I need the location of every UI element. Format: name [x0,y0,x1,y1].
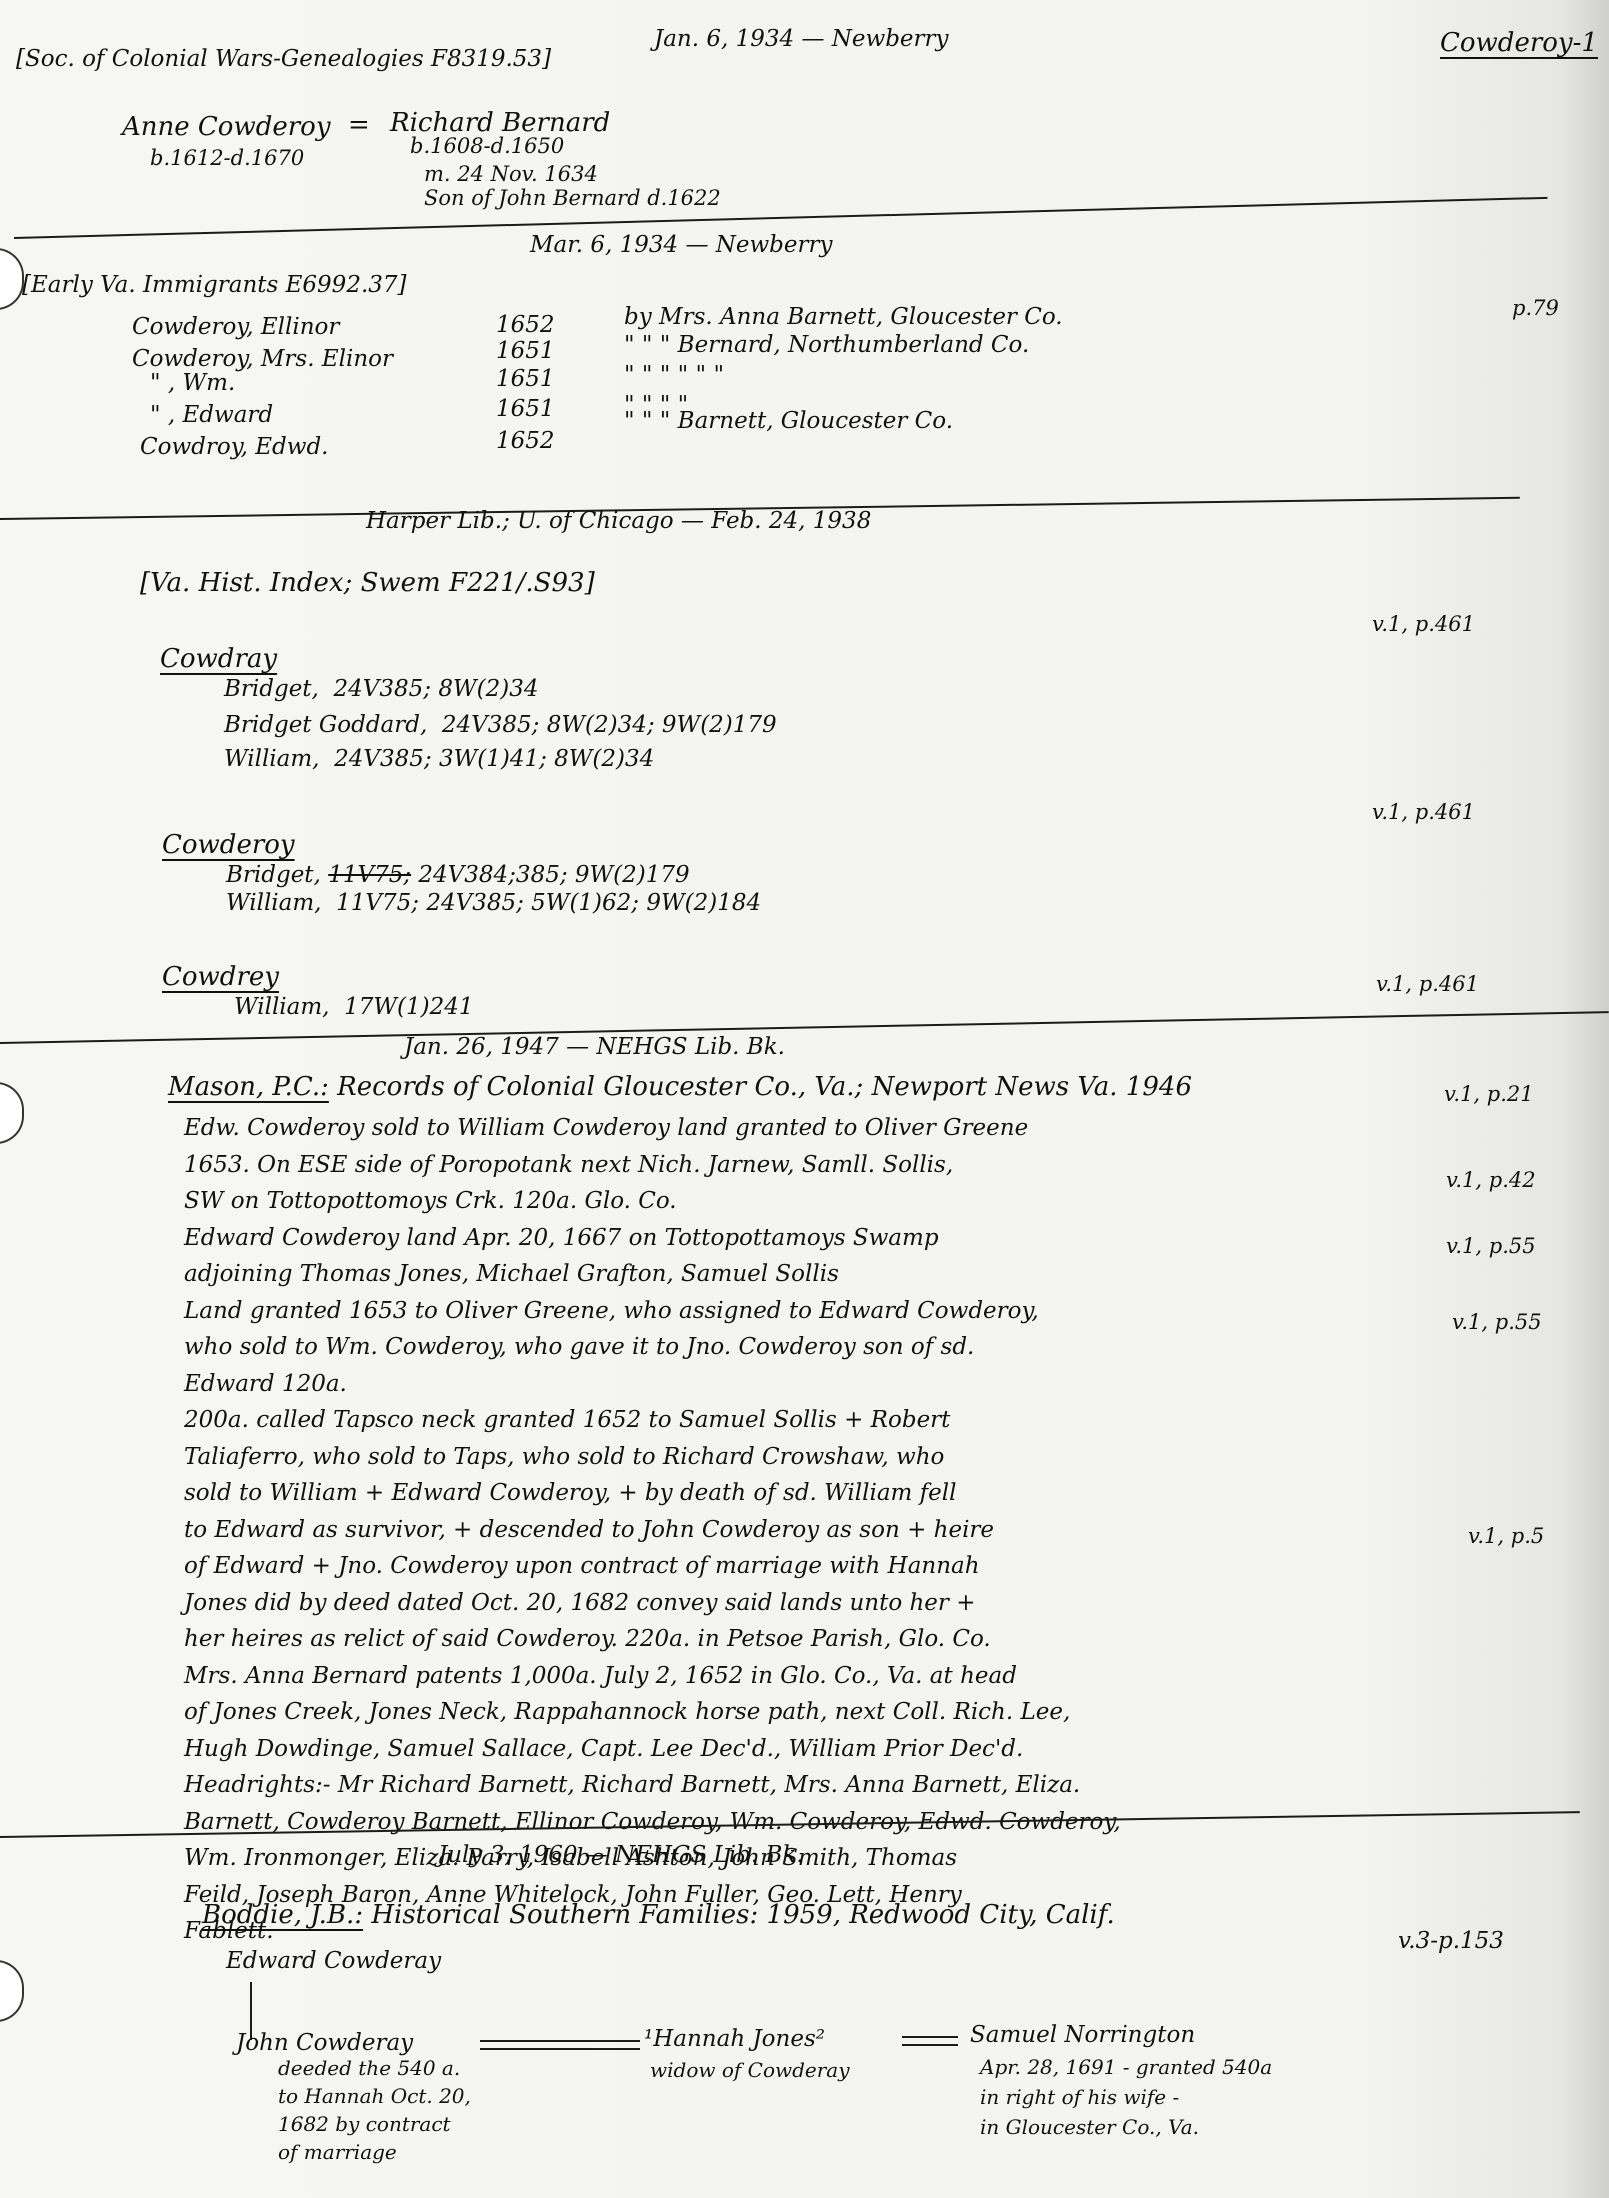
son-name: John Cowderay [236,2030,413,2056]
immigrant-row: Cowdroy, Edwd. [140,434,329,460]
paragraph-line: Edward Cowderoy land Apr. 20, 1667 on To… [184,1220,1121,1257]
section4-author: Mason, P.C.: [168,1072,329,1102]
paragraph-line: Hugh Dowdinge, Samuel Sallace, Capt. Lee… [184,1731,1121,1768]
side-ref: v.1, p.21 [1444,1082,1534,1106]
paragraph-line: Jones did by deed dated Oct. 20, 1682 co… [184,1585,1121,1622]
marriage-double-line [480,2040,640,2050]
richard-bernard-line: Son of John Bernard d.1622 [424,186,721,210]
index-entry: Bridget, 11V75; 24V384;385; 9W(2)179 [226,862,690,888]
immigrant-year: 1652 [496,312,555,338]
section5-ref: v.3-p.153 [1398,1928,1504,1954]
note-line: of marriage [278,2138,471,2166]
immigrant-year: 1651 [496,366,555,392]
paragraph-line: sold to William + Edward Cowderoy, + by … [184,1475,1121,1512]
paragraph-line: SW on Tottopottomoys Crk. 120a. Glo. Co. [184,1183,1121,1220]
immigrant-name: Cowderoy, Mrs. Elinor [132,346,393,372]
paragraph-line: Edw. Cowderoy sold to William Cowderoy l… [184,1110,1121,1147]
son-notes: deeded the 540 a.to Hannah Oct. 20,1682 … [278,2054,471,2166]
section3-visit: Harper Lib.; U. of Chicago — Feb. 24, 19… [366,508,871,534]
immigrant-year: 1651 [496,338,555,364]
group-ref: v.1, p.461 [1372,612,1475,636]
land-records-paragraph: Edw. Cowderoy sold to William Cowderoy l… [184,1110,1121,1950]
immigrant-row: Cowderoy, Mrs. Elinor [132,346,393,372]
punch-hole [0,248,24,310]
immigrant-name: " , Edward [150,402,273,428]
paragraph-line: of Edward + Jno. Cowderoy upon contract … [184,1548,1121,1585]
paragraph-line: adjoining Thomas Jones, Michael Grafton,… [184,1256,1121,1293]
punch-hole [0,1960,24,2022]
immigrant-row: " , Wm. [150,370,235,396]
note-line: widow of Cowderay [650,2056,850,2084]
note-line: in Gloucester Co., Va. [980,2112,1272,2142]
note-line: 1682 by contract [278,2110,471,2138]
index-entry: William, 17W(1)241 [234,994,474,1020]
note-line: in right of his wife - [980,2082,1272,2112]
side-ref: v.1, p.42 [1446,1168,1536,1192]
punch-hole [0,1082,24,1144]
section3-source: [Va. Hist. Index; Swem F221/.S93] [140,568,595,598]
immigrant-by: " " " Bernard, Northumberland Co. [624,332,1029,358]
group-ref: v.1, p.461 [1376,972,1479,996]
group-ref: v.1, p.461 [1372,800,1475,824]
second-husband-name: Samuel Norrington [970,2022,1195,2048]
immigrant-row: " , Edward [150,402,273,428]
immigrant-by: by Mrs. Anna Barnett, Gloucester Co. [624,304,1063,330]
group-surname: Cowderoy [162,830,295,860]
section2-page-ref: p.79 [1512,296,1559,320]
index-entry: William, 11V75; 24V385; 5W(1)62; 9W(2)18… [226,890,761,916]
immigrant-name: " , Wm. [150,370,235,396]
side-ref: v.1, p.55 [1452,1310,1542,1334]
paragraph-line: Headrights:- Mr Richard Barnett, Richard… [184,1767,1121,1804]
paragraph-line: to Edward as survivor, + descended to Jo… [184,1512,1121,1549]
index-entry: William, 24V385; 3W(1)41; 8W(2)34 [224,746,654,772]
immigrant-year: 1652 [496,428,555,454]
immigrant-row: Cowderoy, Ellinor [132,314,339,340]
note-line: deeded the 540 a. [278,2054,471,2082]
paragraph-line: Land granted 1653 to Oliver Greene, who … [184,1293,1121,1330]
group-surname: Cowdray [160,644,277,674]
ancestor-name: Edward Cowderay [226,1948,441,1974]
section2-source: [Early Va. Immigrants E6992.37] [22,272,407,298]
page-label: Cowderoy-1 [1440,28,1598,58]
section1-visit: Jan. 6, 1934 — Newberry [654,26,949,52]
paragraph-line: 200a. called Tapsco neck granted 1652 to… [184,1402,1121,1439]
index-entry: Bridget, 24V385; 8W(2)34 [224,676,538,702]
struck-ref: 11V75; [328,862,411,888]
marriage-equals: = [348,110,370,140]
richard-bernard-line: m. 24 Nov. 1634 [424,162,598,186]
marriage-double-line [902,2036,958,2046]
side-ref: v.1, p.5 [1468,1524,1544,1548]
section5-citation: Boddie, J.B.: Historical Southern Famili… [202,1900,1115,1930]
paragraph-line: Mrs. Anna Bernard patents 1,000a. July 2… [184,1658,1121,1695]
second-husband-notes: Apr. 28, 1691 - granted 540ain right of … [980,2052,1272,2142]
anne-cowderoy-name: Anne Cowderoy [122,112,331,142]
section4-title: Records of Colonial Gloucester Co., Va.;… [337,1072,1192,1102]
wife-name: ¹Hannah Jones² [644,2026,825,2052]
section5-title: Historical Southern Families: 1959, Redw… [371,1900,1114,1930]
section2-visit: Mar. 6, 1934 — Newberry [530,232,833,258]
section5-visit: July 3, 1960 — NEHGS Lib. Bk. [438,1842,804,1868]
paragraph-line: who sold to Wm. Cowderoy, who gave it to… [184,1329,1121,1366]
immigrant-by: " " " " " " [624,362,724,388]
paragraph-line: 1653. On ESE side of Poropotank next Nic… [184,1147,1121,1184]
section4-citation: Mason, P.C.: Records of Colonial Glouces… [168,1072,1192,1102]
group-surname: Cowdrey [162,962,279,992]
index-entry: Bridget Goddard, 24V385; 8W(2)34; 9W(2)1… [224,712,777,738]
anne-cowderoy-dates: b.1612-d.1670 [150,146,304,170]
paragraph-line: of Jones Creek, Jones Neck, Rappahannock… [184,1694,1121,1731]
document-page: Cowderoy-1 Jan. 6, 1934 — Newberry [Soc.… [0,0,1609,2198]
side-ref: v.1, p.55 [1446,1234,1536,1258]
immigrant-by: " " " Barnett, Gloucester Co. [624,408,953,434]
paragraph-line: her heires as relict of said Cowderoy. 2… [184,1621,1121,1658]
wife-notes: widow of Cowderay [650,2056,850,2084]
section4-visit: Jan. 26, 1947 — NEHGS Lib. Bk. [404,1034,785,1060]
immigrant-year: 1651 [496,396,555,422]
note-line: to Hannah Oct. 20, [278,2082,471,2110]
paragraph-line: Edward 120a. [184,1366,1121,1403]
immigrant-name: Cowdroy, Edwd. [140,434,329,460]
section1-source: [Soc. of Colonial Wars-Genealogies F8319… [16,46,551,72]
note-line: Apr. 28, 1691 - granted 540a [980,2052,1272,2082]
section5-author: Boddie, J.B.: [202,1900,363,1930]
paragraph-line: Taliaferro, who sold to Taps, who sold t… [184,1439,1121,1476]
richard-bernard-line: b.1608-d.1650 [410,134,564,158]
immigrant-name: Cowderoy, Ellinor [132,314,339,340]
